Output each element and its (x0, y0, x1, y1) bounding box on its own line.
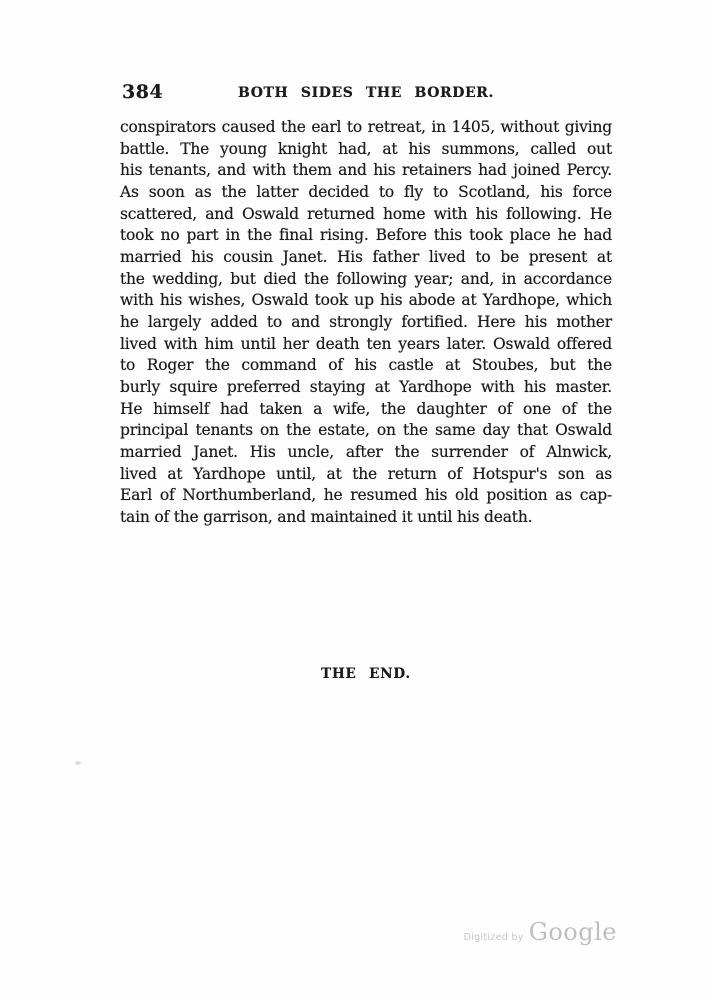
body-line: As soon as the latter decided to fly to … (120, 182, 612, 204)
body-line: lived with him until her death ten years… (120, 334, 612, 356)
the-end-label: THE END. (120, 666, 612, 682)
body-line: principal tenants on the estate, on the … (120, 420, 612, 442)
digitized-by-label: Digitized by (464, 932, 524, 943)
body-line: lived at Yardhope until, at the return o… (120, 464, 612, 486)
body-line: with his wishes, Oswald took up his abod… (120, 290, 612, 312)
book-page: 384 BOTH SIDES THE BORDER. conspirators … (0, 0, 712, 1000)
body-line: burly squire preferred staying at Yardho… (120, 377, 612, 399)
google-logo: Google (529, 918, 617, 946)
body-line: his tenants, and with them and his retai… (120, 160, 612, 182)
body-line: tain of the garrison, and maintained it … (120, 507, 612, 529)
body-line: took no part in the final rising. Before… (120, 225, 612, 247)
body-text: conspirators caused the earl to retreat,… (120, 117, 612, 528)
body-line: he largely added to and strongly fortifi… (120, 312, 612, 334)
body-line: married Janet. His uncle, after the surr… (120, 442, 612, 464)
body-line: married his cousin Janet. His father liv… (120, 247, 612, 269)
body-line: the wedding, but died the following year… (120, 269, 612, 291)
body-line: battle. The young knight had, at his sum… (120, 139, 612, 161)
body-line: Earl of Northumberland, he resumed his o… (120, 485, 612, 507)
body-line: to Roger the command of his castle at St… (120, 355, 612, 377)
page-number: 384 (122, 81, 163, 103)
watermark: Digitized byGoogle (120, 918, 617, 946)
body-line: scattered, and Oswald returned home with… (120, 204, 612, 226)
running-header-row: 384 BOTH SIDES THE BORDER. (120, 85, 612, 107)
body-line: conspirators caused the earl to retreat,… (120, 117, 612, 139)
body-line: He himself had taken a wife, the daughte… (120, 399, 612, 421)
running-header: BOTH SIDES THE BORDER. (120, 85, 612, 101)
scan-artifact (75, 761, 81, 765)
